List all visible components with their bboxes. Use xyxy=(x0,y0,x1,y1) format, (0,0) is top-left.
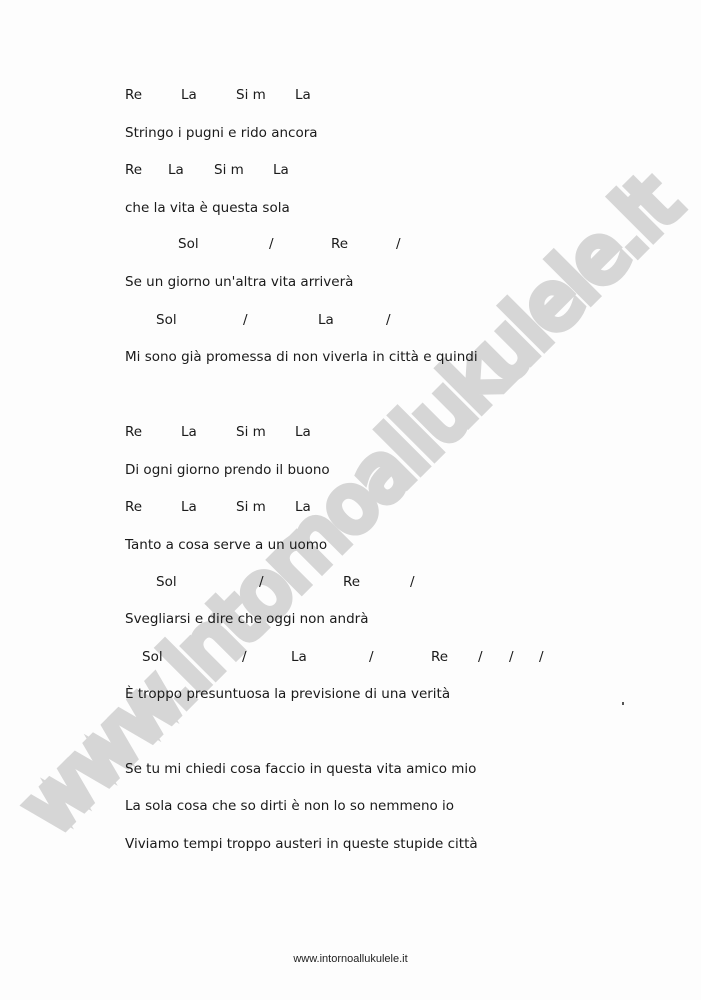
chord: Re xyxy=(125,424,142,440)
chord: Re xyxy=(125,499,142,515)
lyric-line: Se un giorno un'altra vita arriverà xyxy=(125,274,353,290)
chord-slash: / xyxy=(539,649,544,665)
lyric-line: Viviamo tempi troppo austeri in queste s… xyxy=(125,836,478,852)
chord: Re xyxy=(125,87,142,103)
chord: La xyxy=(273,162,289,178)
chord-slash: / xyxy=(410,574,415,590)
chord: La xyxy=(181,87,197,103)
lyric-line: Svegliarsi e dire che oggi non andrà xyxy=(125,611,369,627)
chord: Re xyxy=(331,236,348,252)
chord: Sol xyxy=(156,574,177,590)
chord-slash: / xyxy=(478,649,483,665)
chord: Re xyxy=(343,574,360,590)
chord-slash: / xyxy=(243,312,248,328)
lyric-line: che la vita è questa sola xyxy=(125,200,290,216)
scan-speck xyxy=(622,702,624,705)
lyric-line: Mi sono già promessa di non viverla in c… xyxy=(125,349,478,365)
chord-slash: / xyxy=(509,649,514,665)
chord: Sol xyxy=(142,649,163,665)
chord-slash: / xyxy=(269,236,274,252)
footer-url: www.intornoallukulele.it xyxy=(0,953,701,965)
lyric-line: Stringo i pugni e rido ancora xyxy=(125,125,318,141)
chord: La xyxy=(181,499,197,515)
lyric-line: Se tu mi chiedi cosa faccio in questa vi… xyxy=(125,761,476,777)
chord: Re xyxy=(125,162,142,178)
chord-slash: / xyxy=(242,649,247,665)
chord: Sol xyxy=(156,312,177,328)
lyric-line: Tanto a cosa serve a un uomo xyxy=(125,537,327,553)
chord-slash: / xyxy=(396,236,401,252)
chord-slash: / xyxy=(369,649,374,665)
chord-slash: / xyxy=(259,574,264,590)
sheet-page: www.intornoallukulele.it Re La Si m La S… xyxy=(0,0,701,1000)
chord: La xyxy=(318,312,334,328)
lyric-line: Di ogni giorno prendo il buono xyxy=(125,462,330,478)
chord: La xyxy=(295,87,311,103)
chord: Re xyxy=(431,649,448,665)
chord: Sol xyxy=(178,236,199,252)
chord: Si m xyxy=(236,499,266,515)
chord-slash: / xyxy=(386,312,391,328)
chord: La xyxy=(295,499,311,515)
chord: Si m xyxy=(214,162,244,178)
chord: Si m xyxy=(236,424,266,440)
chord: Si m xyxy=(236,87,266,103)
chord: La xyxy=(181,424,197,440)
lyric-line: La sola cosa che so dirti è non lo so ne… xyxy=(125,798,454,814)
watermark: www.intornoallukulele.it xyxy=(4,159,695,850)
chord: La xyxy=(168,162,184,178)
chord: La xyxy=(295,424,311,440)
lyric-line: È troppo presuntuosa la previsione di un… xyxy=(125,686,450,702)
chord: La xyxy=(291,649,307,665)
